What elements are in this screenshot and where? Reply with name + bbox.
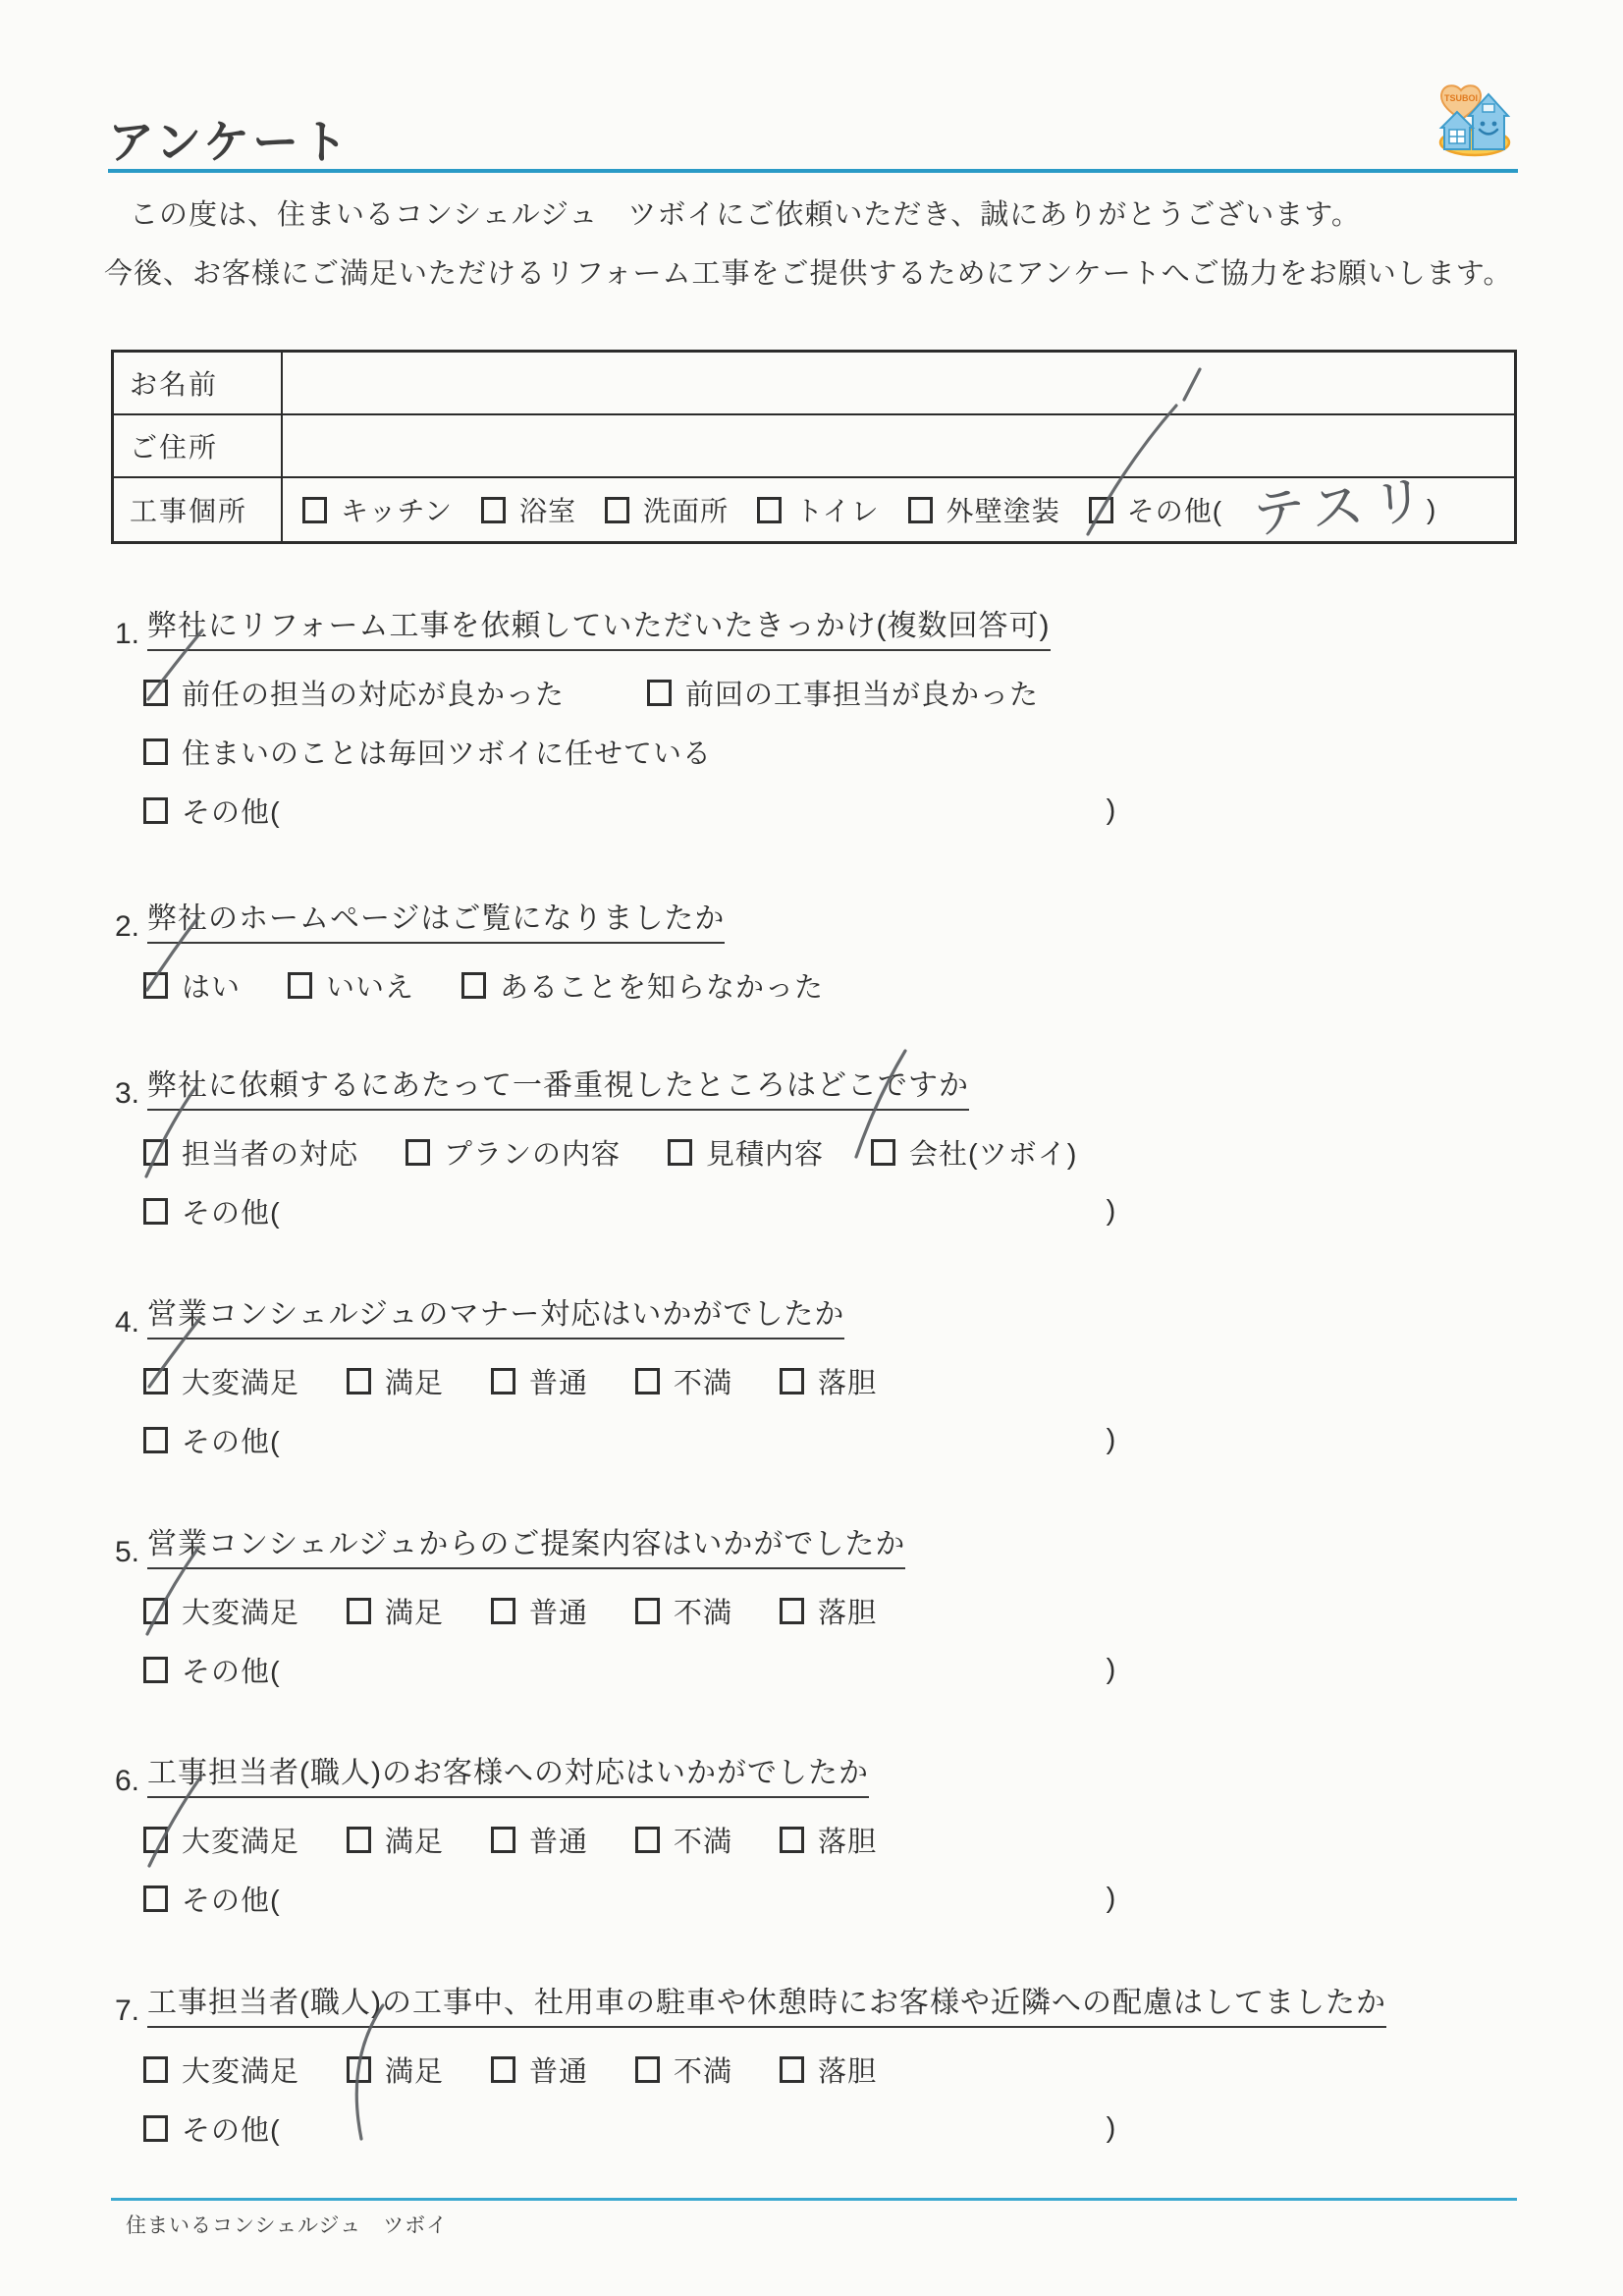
checkbox-option[interactable]: プランの内容 [406, 1132, 621, 1173]
question-header: 7.工事担当者(職人)の工事中、社用車の駐車や休憩時にお客様や近隣への配慮はして… [108, 1978, 1542, 2028]
checkbox-option[interactable]: 満足 [347, 1361, 444, 1401]
question-title: 工事担当者(職人)の工事中、社用車の駐車や休憩時にお客様や近隣への配慮はしてまし… [147, 1978, 1386, 2028]
option-label: 大変満足 [182, 2050, 299, 2090]
checkbox[interactable] [143, 2056, 168, 2083]
work-location-label: 工事個所 [114, 478, 283, 541]
option-label: 大変満足 [182, 1820, 299, 1860]
checkbox[interactable] [143, 738, 168, 765]
checkbox-option[interactable]: いいえ [288, 965, 414, 1006]
option-label: 不満 [674, 1361, 732, 1401]
question-header: 6.工事担当者(職人)のお客様への対応はいかがでしたか [108, 1748, 1542, 1798]
checkbox-option[interactable]: 担当者の対応 [143, 1132, 358, 1173]
checkbox-checked[interactable] [143, 1368, 168, 1394]
other-label-close: ) [1107, 1195, 1117, 1228]
checkbox-option[interactable]: 普通 [491, 1361, 588, 1401]
checkbox-option[interactable]: はい [143, 965, 241, 1006]
other-label-open: その他( [182, 2108, 281, 2149]
question-header: 5.営業コンシェルジュからのご提案内容はいかがでしたか [108, 1519, 1542, 1569]
checkbox-option[interactable]: 外壁塗装 [908, 490, 1060, 529]
survey-page: { "page": { "title": "アンケート", "intro_lin… [0, 0, 1623, 2296]
checkbox[interactable] [780, 1368, 804, 1394]
other-row: その他() [108, 1654, 1542, 1685]
other-row: その他() [108, 1883, 1542, 1914]
footer-company-name: 住まいるコンシェルジュ ツボイ [126, 2210, 448, 2239]
checkbox-option[interactable]: 不満 [635, 1591, 732, 1631]
checkbox[interactable] [143, 1657, 168, 1683]
checkbox-option[interactable]: 落胆 [780, 1820, 877, 1860]
option-label: 不満 [674, 1591, 732, 1631]
checkbox-option-other[interactable]: その他( [143, 791, 281, 831]
option-label: 浴室 [519, 490, 576, 529]
name-row: お名前 [114, 353, 1514, 415]
option-label: 大変満足 [182, 1361, 299, 1401]
option-label: 見積内容 [706, 1132, 824, 1173]
other-label-open: その他( [182, 1879, 281, 1919]
question-number: 5. [108, 1536, 139, 1569]
option-label: 普通 [529, 1591, 588, 1631]
option-row: 大変満足満足普通不満落胆 [108, 1595, 1542, 1626]
checkbox-option-other[interactable]: その他( [143, 1650, 281, 1690]
checkbox[interactable] [780, 2056, 804, 2083]
option-row: 前任の担当の対応が良かった前回の工事担当が良かった [108, 677, 1542, 708]
address-label: ご住所 [114, 415, 283, 476]
checkbox[interactable] [908, 497, 933, 523]
question-number: 2. [108, 910, 139, 944]
question-header: 2.弊社のホームページはご覧になりましたか [108, 894, 1542, 944]
question-title: 営業コンシェルジュのマナー対応はいかがでしたか [147, 1289, 844, 1339]
checkbox[interactable] [461, 972, 486, 999]
checkbox[interactable] [491, 1827, 515, 1853]
checkbox[interactable] [491, 2056, 515, 2083]
other-row: その他() [108, 1195, 1542, 1227]
checkbox-option[interactable]: トイレ [757, 490, 880, 529]
checkbox-checked[interactable] [143, 680, 168, 706]
question-header: 1.弊社にリフォーム工事を依頼していただいたきっかけ(複数回答可) [108, 601, 1542, 651]
option-label: 満足 [385, 1361, 444, 1401]
option-label: 落胆 [818, 2050, 877, 2090]
checkbox-option[interactable]: 落胆 [780, 2050, 877, 2090]
name-label: お名前 [114, 353, 283, 413]
checkbox-option[interactable]: キッチン [302, 490, 453, 529]
checkbox[interactable] [635, 1827, 660, 1853]
option-label: いいえ [326, 965, 414, 1006]
option-label: 落胆 [818, 1820, 877, 1860]
option-label: 満足 [385, 2050, 444, 2090]
checkbox-option[interactable]: 満足 [347, 1591, 444, 1631]
option-label: 外壁塗装 [947, 490, 1060, 529]
checkbox[interactable] [491, 1598, 515, 1624]
checkbox[interactable] [605, 497, 629, 523]
tsuboi-logo-graphic: TSUBOI [1434, 77, 1512, 159]
option-label: 担当者の対応 [182, 1132, 358, 1173]
checkbox-checked[interactable] [143, 1139, 168, 1166]
checkbox-checked[interactable] [871, 1139, 895, 1166]
checkbox[interactable] [302, 497, 327, 523]
checkbox[interactable] [143, 2115, 168, 2142]
checkbox[interactable] [635, 2056, 660, 2083]
checkbox[interactable] [143, 1427, 168, 1453]
checkbox-option[interactable]: 前任の担当の対応が良かった [143, 673, 565, 713]
other-label-open: その他( [182, 1420, 281, 1460]
question-6: 6.工事担当者(職人)のお客様への対応はいかがでしたか大変満足満足普通不満落胆そ… [108, 1748, 1542, 1914]
checkbox-option[interactable]: 満足 [347, 2050, 444, 2090]
question-header: 4.営業コンシェルジュのマナー対応はいかがでしたか [108, 1289, 1542, 1339]
other-row: その他() [108, 1424, 1542, 1455]
option-row: 大変満足満足普通不満落胆 [108, 2053, 1542, 2085]
checkbox-option[interactable]: 落胆 [780, 1361, 877, 1401]
option-label: 普通 [529, 2050, 588, 2090]
other-label-close: ) [1107, 2112, 1117, 2145]
option-label: 洗面所 [643, 490, 729, 529]
checkbox-option[interactable]: 会社(ツボイ) [871, 1132, 1077, 1173]
tsuboi-logo: TSUBOI [1434, 77, 1512, 159]
question-number: 3. [108, 1077, 139, 1111]
question-number: 7. [108, 1995, 139, 2028]
checkbox[interactable] [143, 1198, 168, 1225]
checkbox-option[interactable]: 普通 [491, 1591, 588, 1631]
intro-line-2: 今後、お客様にご満足いただけるリフォーム工事をご提供するためにアンケートへご協力… [104, 251, 1513, 292]
checkbox[interactable] [635, 1598, 660, 1624]
option-label: 前任の担当の対応が良かった [182, 673, 565, 713]
option-label: 大変満足 [182, 1591, 299, 1631]
checkbox-option[interactable]: 浴室 [481, 490, 576, 529]
option-label: プランの内容 [444, 1132, 621, 1173]
option-label: はい [182, 965, 241, 1006]
option-row: はいいいえあることを知らなかった [108, 969, 1542, 1001]
checkbox-option-other[interactable]: その他( [143, 1879, 281, 1919]
checkbox[interactable] [406, 1139, 430, 1166]
checkbox-option[interactable]: あることを知らなかった [461, 965, 824, 1006]
checkbox-option[interactable]: 満足 [347, 1820, 444, 1860]
handwritten-other-value: テスリ [1249, 458, 1435, 549]
footer-rule [111, 2198, 1517, 2201]
question-number: 4. [108, 1306, 139, 1339]
checkbox-option[interactable]: 住まいのことは毎回ツボイに任せている [143, 732, 712, 772]
other-label-open: その他( [182, 1650, 281, 1690]
checkbox[interactable] [347, 1368, 371, 1394]
checkbox-option[interactable]: 不満 [635, 1820, 732, 1860]
question-title: 営業コンシェルジュからのご提案内容はいかがでしたか [147, 1519, 905, 1569]
checkbox-option[interactable]: 大変満足 [143, 1591, 299, 1631]
checkbox-option[interactable]: 普通 [491, 2050, 588, 2090]
checkbox-option-other[interactable]: その他( [1089, 490, 1222, 529]
option-label: トイレ [795, 490, 880, 529]
checkbox-option[interactable]: 見積内容 [668, 1132, 824, 1173]
checkbox[interactable] [647, 680, 672, 706]
option-label: キッチン [341, 490, 453, 529]
option-label: 住まいのことは毎回ツボイに任せている [182, 732, 712, 772]
other-label-close: ) [1107, 1424, 1117, 1456]
checkbox[interactable] [491, 1368, 515, 1394]
option-row: 住まいのことは毎回ツボイに任せている [108, 736, 1542, 767]
option-row: 担当者の対応プランの内容見積内容会社(ツボイ) [108, 1136, 1542, 1168]
question-title: 弊社にリフォーム工事を依頼していただいたきっかけ(複数回答可) [147, 601, 1050, 651]
option-row: 大変満足満足普通不満落胆 [108, 1824, 1542, 1855]
name-input-area[interactable] [283, 353, 1514, 413]
option-label: 会社(ツボイ) [909, 1132, 1077, 1173]
intro-line-1: この度は、住まいるコンシェルジュ ツボイにご依頼いただき、誠にありがとうございま… [130, 192, 1361, 233]
question-title: 弊社のホームページはご覧になりましたか [147, 894, 725, 944]
checkbox-option-other[interactable]: その他( [143, 1420, 281, 1460]
checkbox-checked[interactable] [347, 2056, 371, 2083]
option-label: 前回の工事担当が良かった [685, 673, 1039, 713]
other-label-close: ) [1107, 794, 1117, 827]
checkbox-option[interactable]: 落胆 [780, 1591, 877, 1631]
question-7: 7.工事担当者(職人)の工事中、社用車の駐車や休憩時にお客様や近隣への配慮はして… [108, 1978, 1542, 2144]
question-number: 6. [108, 1765, 139, 1798]
checkbox[interactable] [780, 1827, 804, 1853]
question-3: 3.弊社に依頼するにあたって一番重視したところはどこですか担当者の対応プランの内… [108, 1061, 1542, 1227]
option-label: 普通 [529, 1361, 588, 1401]
checkbox-checked[interactable] [143, 1827, 168, 1853]
option-label: 不満 [674, 2050, 732, 2090]
other-row: その他() [108, 2112, 1542, 2144]
checkbox[interactable] [143, 797, 168, 824]
question-header: 3.弊社に依頼するにあたって一番重視したところはどこですか [108, 1061, 1542, 1111]
other-row: その他() [108, 794, 1542, 826]
option-label: 満足 [385, 1591, 444, 1631]
checkbox-option[interactable]: 大変満足 [143, 1361, 299, 1401]
checkbox[interactable] [668, 1139, 692, 1166]
other-label-open: その他( [182, 1191, 281, 1231]
other-label-open: その他( [182, 791, 281, 831]
checkbox-option-other[interactable]: その他( [143, 1191, 281, 1231]
checkbox-checked[interactable] [1089, 497, 1113, 523]
option-label: あることを知らなかった [500, 965, 824, 1006]
question-title: 工事担当者(職人)のお客様への対応はいかがでしたか [147, 1748, 869, 1798]
checkbox-checked[interactable] [143, 1598, 168, 1624]
question-2: 2.弊社のホームページはご覧になりましたかはいいいえあることを知らなかった [108, 894, 1542, 1001]
svg-text:TSUBOI: TSUBOI [1444, 93, 1478, 103]
checkbox[interactable] [757, 497, 782, 523]
checkbox-option[interactable]: 大変満足 [143, 1820, 299, 1860]
option-row: 大変満足満足普通不満落胆 [108, 1365, 1542, 1396]
checkbox-option[interactable]: 不満 [635, 2050, 732, 2090]
checkbox[interactable] [481, 497, 506, 523]
option-label: 不満 [674, 1820, 732, 1860]
checkbox[interactable] [288, 972, 312, 999]
question-1: 1.弊社にリフォーム工事を依頼していただいたきっかけ(複数回答可)前任の担当の対… [108, 601, 1542, 826]
checkbox-checked[interactable] [143, 972, 168, 999]
checkbox[interactable] [635, 1368, 660, 1394]
checkbox-option[interactable]: 洗面所 [605, 490, 729, 529]
other-label-open: その他( [1127, 490, 1222, 529]
checkbox-option[interactable]: 前回の工事担当が良かった [647, 673, 1039, 713]
checkbox[interactable] [347, 1598, 371, 1624]
other-label-close: ) [1107, 1883, 1117, 1915]
option-label: 満足 [385, 1820, 444, 1860]
title-underline [108, 169, 1518, 173]
checkbox-option[interactable]: 普通 [491, 1820, 588, 1860]
other-label-close: ) [1107, 1654, 1117, 1686]
checkbox[interactable] [347, 1827, 371, 1853]
checkbox[interactable] [143, 1886, 168, 1912]
question-title: 弊社に依頼するにあたって一番重視したところはどこですか [147, 1061, 969, 1111]
checkbox-option[interactable]: 不満 [635, 1361, 732, 1401]
question-number: 1. [108, 618, 139, 651]
checkbox[interactable] [780, 1598, 804, 1624]
page-title: アンケート [108, 106, 351, 172]
checkbox-option-other[interactable]: その他( [143, 2108, 281, 2149]
question-4: 4.営業コンシェルジュのマナー対応はいかがでしたか大変満足満足普通不満落胆その他… [108, 1289, 1542, 1455]
option-label: 普通 [529, 1820, 588, 1860]
option-label: 落胆 [818, 1361, 877, 1401]
question-5: 5.営業コンシェルジュからのご提案内容はいかがでしたか大変満足満足普通不満落胆そ… [108, 1519, 1542, 1685]
checkbox-option[interactable]: 大変満足 [143, 2050, 299, 2090]
option-label: 落胆 [818, 1591, 877, 1631]
